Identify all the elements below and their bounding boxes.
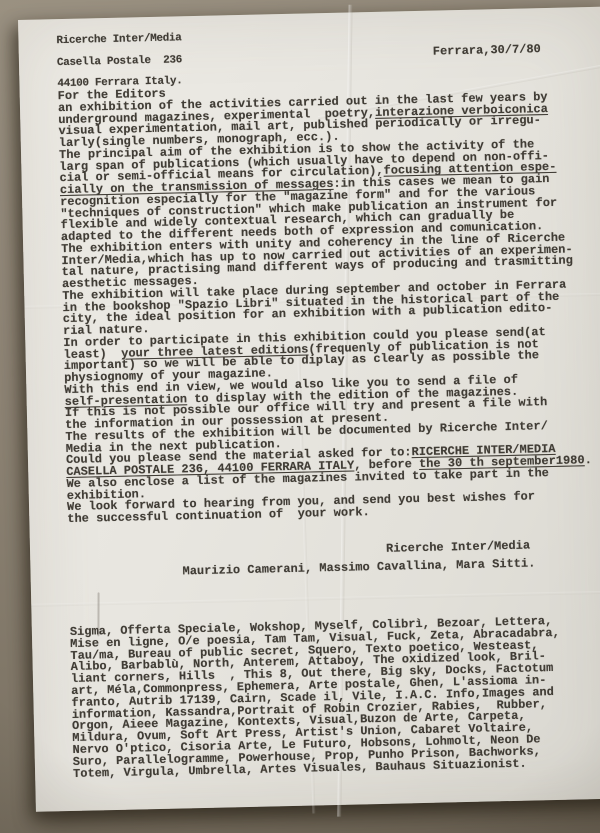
horizontal-fold-crease-lower: [31, 591, 600, 607]
sender-line: Casella Postale 236: [57, 50, 182, 74]
sender-line: Ricerche Inter/Media: [56, 28, 181, 52]
dateline: Ferrara,30/7/80: [433, 42, 541, 58]
letter-paper: Ricerche Inter/MediaCasella Postale 2364…: [18, 7, 600, 812]
letter-body: For the Editorsan exhibition of the acti…: [58, 79, 593, 526]
photo-background: Ricerche Inter/MediaCasella Postale 2364…: [0, 0, 600, 833]
magazine-list: Sigma, Offerta Speciale, Wokshop, Myself…: [70, 616, 563, 780]
signatories-line: Maurizio Camerani, Massimo Cavallina, Ma…: [182, 556, 535, 578]
signature-line: Ricerche Inter/Media: [386, 539, 530, 556]
